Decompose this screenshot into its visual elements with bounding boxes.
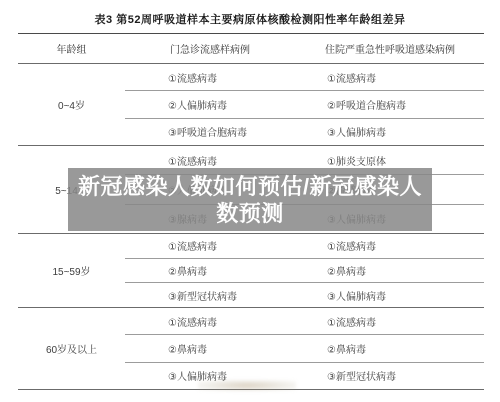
headline-overlay: 新冠感染人数如何预估/新冠感染人 数预测 xyxy=(68,168,432,231)
outpatient-pathogen: ③新型冠状病毒 xyxy=(125,288,310,303)
outpatient-pathogen: ②鼻病毒 xyxy=(125,263,310,278)
table-row: 60岁及以上 ①流感病毒 ①流感病毒 ②鼻病毒 ②鼻病毒 ③人偏肺病毒 ③新型冠… xyxy=(18,308,484,390)
table-row: 15~59岁 ①流感病毒 ①流感病毒 ②鼻病毒 ②鼻病毒 ③新型冠状病毒 ③人偏… xyxy=(18,234,484,308)
outpatient-pathogen: ①流感病毒 xyxy=(125,153,310,168)
rank-1-row: ①流感病毒 ①流感病毒 xyxy=(125,234,484,258)
headline-line-2: 数预测 xyxy=(216,200,284,227)
header-outpatient-ili: 门急诊流感样病例 xyxy=(125,41,310,56)
headline-line-1: 新冠感染人数如何预估/新冠感染人 xyxy=(78,173,422,200)
outpatient-pathogen: ②鼻病毒 xyxy=(125,341,310,356)
inpatient-pathogen: ①流感病毒 xyxy=(310,70,484,85)
rank-1-row: ①流感病毒 ①流感病毒 xyxy=(125,308,484,334)
rank-2-row: ②人偏肺病毒 ②呼吸道合胞病毒 xyxy=(125,90,484,117)
table-header-row: 年龄组 门急诊流感样病例 住院严重急性呼吸道感染病例 xyxy=(18,34,484,64)
outpatient-pathogen: ③人偏肺病毒 xyxy=(125,368,310,383)
inpatient-pathogen: ③新型冠状病毒 xyxy=(310,368,484,383)
inpatient-pathogen: ③人偏肺病毒 xyxy=(310,288,484,303)
rank-3-row: ③人偏肺病毒 ③新型冠状病毒 xyxy=(125,362,484,389)
age-label-15-59: 15~59岁 xyxy=(18,234,125,307)
age-label-60-plus: 60岁及以上 xyxy=(18,308,125,389)
table-row: 0~4岁 ①流感病毒 ①流感病毒 ②人偏肺病毒 ②呼吸道合胞病毒 ③呼吸道合胞病… xyxy=(18,64,484,146)
rank-2-row: ②鼻病毒 ②鼻病毒 xyxy=(125,258,484,283)
inpatient-pathogen: ①流感病毒 xyxy=(310,238,484,253)
outpatient-pathogen: ①流感病毒 xyxy=(125,238,310,253)
inpatient-pathogen: ②鼻病毒 xyxy=(310,341,484,356)
rank-3-row: ③新型冠状病毒 ③人偏肺病毒 xyxy=(125,282,484,307)
inpatient-pathogen: ①流感病毒 xyxy=(310,314,484,329)
inpatient-pathogen: ①肺炎支原体 xyxy=(310,153,484,168)
age-label-0-4: 0~4岁 xyxy=(18,64,125,145)
table-caption: 表3 第52周呼吸道样本主要病原体核酸检测阳性率年龄组差异 xyxy=(0,11,500,27)
inpatient-pathogen: ③人偏肺病毒 xyxy=(310,124,484,139)
rank-3-row: ③呼吸道合胞病毒 ③人偏肺病毒 xyxy=(125,118,484,145)
outpatient-pathogen: ③呼吸道合胞病毒 xyxy=(125,124,310,139)
header-inpatient-sari: 住院严重急性呼吸道感染病例 xyxy=(310,41,484,56)
outpatient-pathogen: ①流感病毒 xyxy=(125,314,310,329)
outpatient-pathogen: ①流感病毒 xyxy=(125,70,310,85)
rank-2-row: ②鼻病毒 ②鼻病毒 xyxy=(125,334,484,361)
rank-1-row: ①流感病毒 ①流感病毒 xyxy=(125,64,484,90)
inpatient-pathogen: ②呼吸道合胞病毒 xyxy=(310,97,484,112)
outpatient-pathogen: ②人偏肺病毒 xyxy=(125,97,310,112)
header-age-group: 年龄组 xyxy=(18,41,125,56)
inpatient-pathogen: ②鼻病毒 xyxy=(310,263,484,278)
